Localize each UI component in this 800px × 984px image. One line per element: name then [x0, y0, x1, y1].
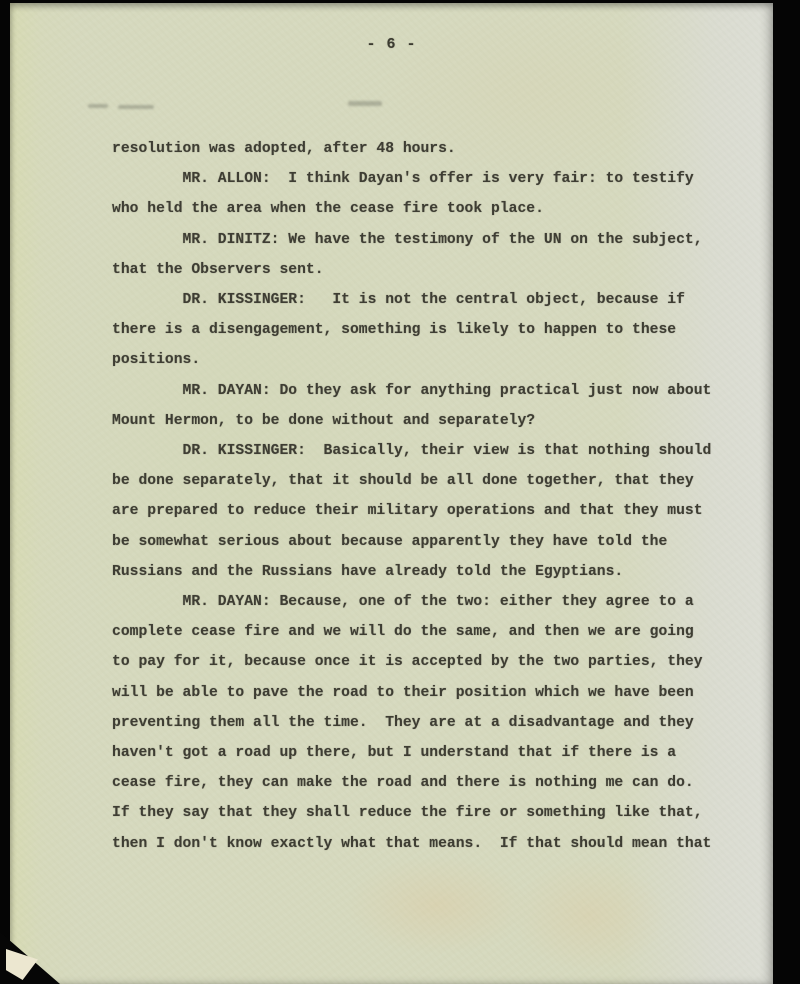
transcript-line: MR. DAYAN: Because, one of the two: eith… [112, 587, 757, 617]
transcript-line: be somewhat serious about because appare… [112, 527, 757, 557]
transcript-line: MR. DINITZ: We have the testimony of the… [112, 225, 757, 255]
smudge-mark [88, 104, 108, 108]
transcript-line: be done separately, that it should be al… [112, 466, 757, 496]
transcript-line: then I don't know exactly what that mean… [112, 829, 757, 859]
transcript-line: cease fire, they can make the road and t… [112, 768, 757, 798]
transcript-line: to pay for it, because once it is accept… [112, 647, 757, 677]
transcript-line: there is a disengagement, something is l… [112, 315, 757, 345]
transcript-line: haven't got a road up there, but I under… [112, 738, 757, 768]
transcript-line: are prepared to reduce their military op… [112, 496, 757, 526]
transcript-line: will be able to pave the road to their p… [112, 678, 757, 708]
transcript-line: DR. KISSINGER: It is not the central obj… [112, 285, 757, 315]
transcript-line: positions. [112, 345, 757, 375]
transcript-line: MR. DAYAN: Do they ask for anything prac… [112, 376, 757, 406]
transcript-line: that the Observers sent. [112, 255, 757, 285]
transcript-line: who held the area when the cease fire to… [112, 194, 757, 224]
transcript-line: DR. KISSINGER: Basically, their view is … [112, 436, 757, 466]
transcript-line: MR. ALLON: I think Dayan's offer is very… [112, 164, 757, 194]
transcript-line: complete cease fire and we will do the s… [112, 617, 757, 647]
transcript-line: Russians and the Russians have already t… [112, 557, 757, 587]
smudge-mark [118, 105, 154, 109]
page-number: - 6 - [10, 36, 773, 53]
transcript-text: resolution was adopted, after 48 hours. … [112, 134, 757, 859]
scanned-document: - 6 - resolution was adopted, after 48 h… [0, 0, 800, 984]
transcript-line: Mount Hermon, to be done without and sep… [112, 406, 757, 436]
transcript-line: resolution was adopted, after 48 hours. [112, 134, 757, 164]
transcript-line: If they say that they shall reduce the f… [112, 798, 757, 828]
smudge-mark [348, 101, 382, 106]
document-page: - 6 - resolution was adopted, after 48 h… [10, 3, 773, 984]
transcript-line: preventing them all the time. They are a… [112, 708, 757, 738]
